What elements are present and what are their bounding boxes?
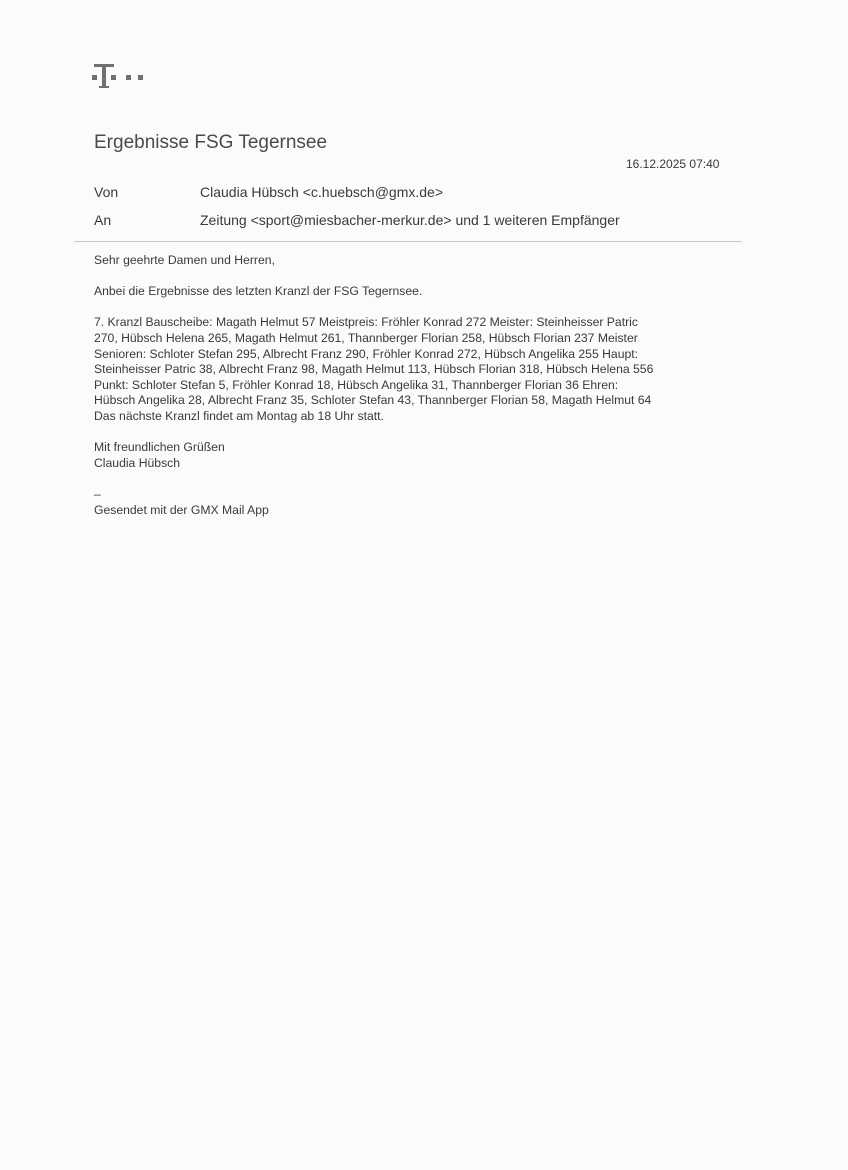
logo-dot <box>111 75 116 80</box>
results-line: 7. Kranzl Bauscheibe: Magath Helmut 57 M… <box>94 315 638 329</box>
results-line: Punkt: Schloter Stefan 5, Fröhler Konrad… <box>94 378 618 392</box>
signature: Claudia Hübsch <box>94 456 734 472</box>
logo-t-foot <box>99 86 109 88</box>
logo-dot <box>126 75 131 80</box>
email-body: Sehr geehrte Damen und Herren, Anbei die… <box>94 253 734 534</box>
from-value: Claudia Hübsch <c.huebsch@gmx.de> <box>200 184 443 200</box>
results-line: Das nächste Kranzl findet am Montag ab 1… <box>94 409 384 423</box>
results-paragraph: 7. Kranzl Bauscheibe: Magath Helmut 57 M… <box>94 315 734 424</box>
email-subject: Ergebnisse FSG Tegernsee <box>94 132 327 154</box>
telekom-logo-icon <box>94 62 154 92</box>
header-divider <box>74 241 742 242</box>
mail-app-footer: Gesendet mit der GMX Mail App <box>94 503 734 519</box>
email-datetime: 16.12.2025 07:40 <box>626 157 719 171</box>
to-value: Zeitung <sport@miesbacher-merkur.de> und… <box>200 212 620 228</box>
greeting: Sehr geehrte Damen und Herren, <box>94 253 734 269</box>
logo-dot <box>92 75 97 80</box>
results-line: Steinheisser Patric 38, Albrecht Franz 9… <box>94 362 653 376</box>
closing: Mit freundlichen Grüßen <box>94 440 734 456</box>
results-line: 270, Hübsch Helena 265, Magath Helmut 26… <box>94 331 638 345</box>
logo-dot <box>138 75 143 80</box>
intro: Anbei die Ergebnisse des letzten Kranzl … <box>94 284 734 300</box>
from-label: Von <box>94 184 118 200</box>
logo-t-stem <box>102 64 106 88</box>
signature-separator: – <box>94 487 734 503</box>
results-line: Senioren: Schloter Stefan 295, Albrecht … <box>94 347 638 361</box>
results-line: Hübsch Angelika 28, Albrecht Franz 35, S… <box>94 393 651 407</box>
to-label: An <box>94 212 111 228</box>
